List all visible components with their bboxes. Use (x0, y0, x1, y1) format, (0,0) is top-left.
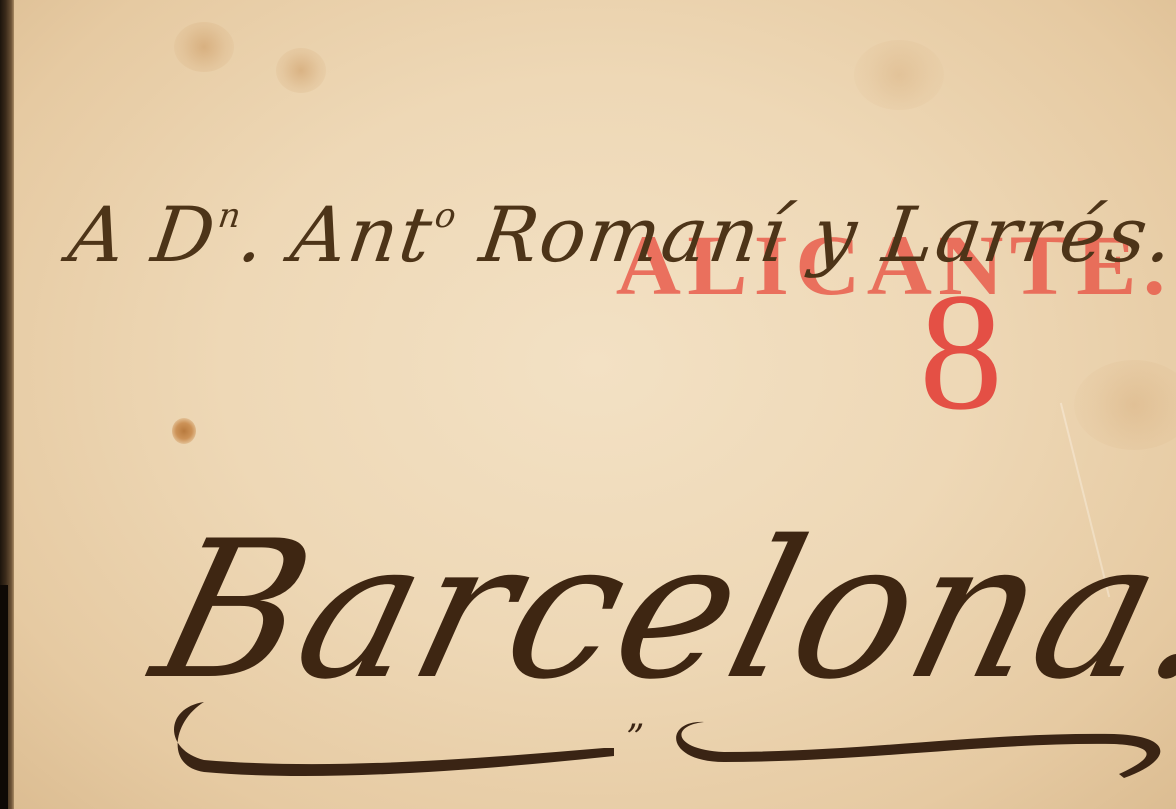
addressee-line: A Dn. Anto Romaní y Larrés. (64, 190, 1176, 279)
calligraphic-flourish: ” (164, 690, 1174, 800)
rate-mark: 8 (919, 268, 1003, 436)
foxing-stain (276, 48, 326, 93)
destination-city: Barcelona. (136, 500, 1176, 721)
addressee-name-prefix: . Ant (234, 190, 439, 279)
background-shadow (0, 585, 8, 809)
ditto-mark: ” (626, 718, 644, 759)
foxing-stain (174, 22, 234, 72)
foxing-stain (854, 40, 944, 110)
addressee-prefix: A D (64, 190, 222, 279)
addressee-name: Romaní y Larrés. (449, 190, 1176, 279)
ink-spot (172, 418, 196, 444)
letter-cover: ALICANTE. 8 A Dn. Anto Romaní y Larrés. … (14, 0, 1176, 809)
foxing-stain (1074, 360, 1176, 450)
